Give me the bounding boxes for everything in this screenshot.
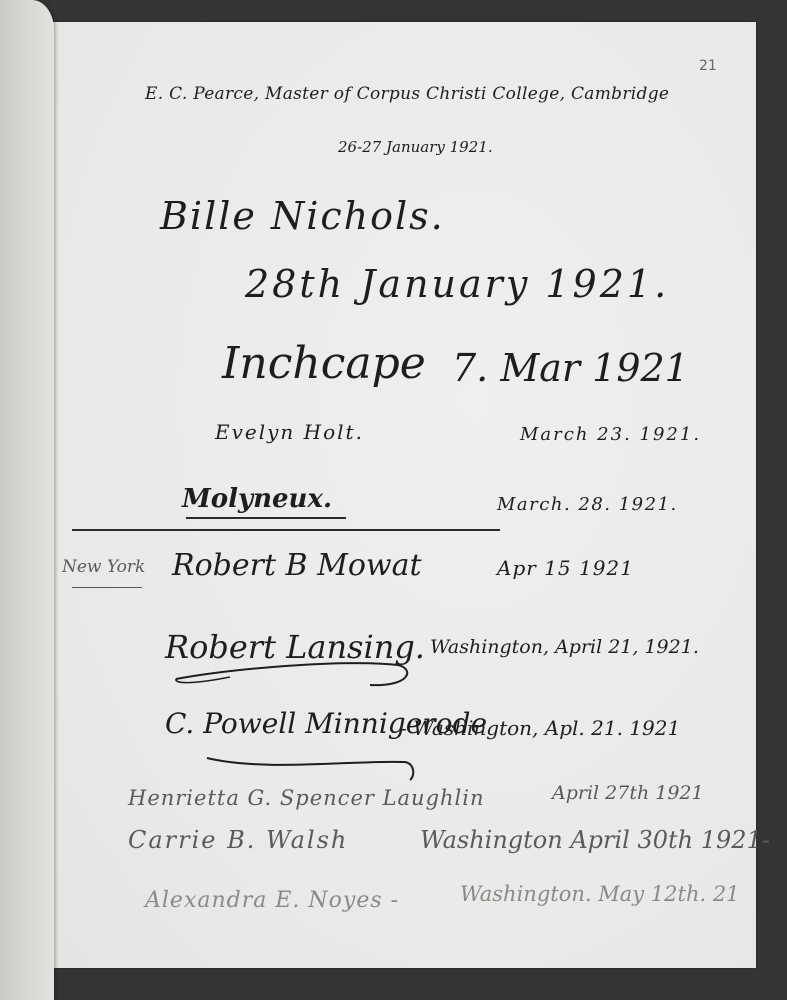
entry-date-lansing: Washington, April 21, 1921. <box>430 636 699 658</box>
margin-note-underline <box>72 587 142 588</box>
entry-date-walsh: Washington April 30th 1921- <box>420 826 770 854</box>
entry-date-molyneux: March. 28. 1921. <box>497 494 678 515</box>
entry-date-inchcape: 7. Mar 1921 <box>452 346 689 390</box>
entry-name-pearce: E. C. Pearce, Master of Corpus Christi C… <box>145 84 669 104</box>
entry-date-pearce: 26-27 January 1921. <box>338 138 493 156</box>
entry-date-minnigerode: - Washington, Apl. 21. 1921 <box>400 716 680 740</box>
page-number: 21 <box>699 58 717 74</box>
left-page-edge <box>0 0 54 1000</box>
entry-date-nichols: 28th January 1921. <box>245 262 669 306</box>
entry-name-laughlin: Henrietta G. Spencer Laughlin <box>128 786 485 810</box>
entry-name-molyneux: Molyneux. <box>182 484 332 514</box>
entry-name-nichols: Bille Nichols. <box>160 194 445 238</box>
entry-date-noyes: Washington. May 12th. 21 <box>460 882 740 906</box>
entry-date-holt: March 23. 1921. <box>520 424 701 445</box>
entry-date-laughlin: April 27th 1921 <box>552 782 704 804</box>
entry-name-walsh: Carrie B. Walsh <box>128 826 348 854</box>
entry-name-inchcape: Inchcape <box>222 338 426 389</box>
entry-name-mowat: Robert B Mowat <box>172 548 422 583</box>
section-divider-line <box>72 529 500 531</box>
molyneux-underline <box>186 517 346 519</box>
entry-date-mowat: Apr 15 1921 <box>497 556 634 580</box>
margin-note-new-york: New York <box>62 557 145 577</box>
entry-name-noyes: Alexandra E. Noyes - <box>145 888 399 913</box>
lansing-signature-flourish <box>170 655 420 695</box>
entry-name-holt: Evelyn Holt. <box>215 420 364 444</box>
